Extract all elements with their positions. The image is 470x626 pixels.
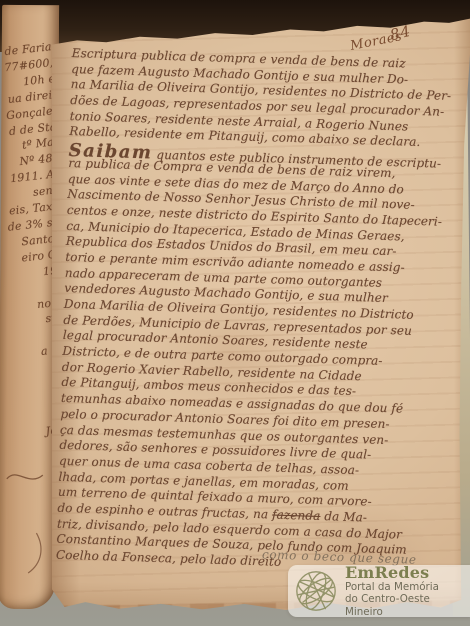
struck-word: fazenda <box>272 507 321 523</box>
signature-flourish <box>2 467 49 577</box>
manuscript-page: 84 Moraes Escriptura publica de compra e… <box>52 12 470 616</box>
globe-network-icon <box>293 568 339 614</box>
line-text: da Ma- <box>320 509 367 524</box>
emredes-watermark: EmRedes Portal da Memória do Centro-Oest… <box>288 565 470 617</box>
watermark-text: EmRedes Portal da Memória do Centro-Oest… <box>345 564 470 619</box>
previous-page-edge: de Faria is 77#600, 10h e ua direit Gonç… <box>0 5 59 609</box>
deed-text: Escriptura publica de compra e venda de … <box>56 46 464 576</box>
watermark-subtitle-2: do Centro-Oeste Mineiro <box>345 593 470 618</box>
scanned-manuscript-photo: de Faria is 77#600, 10h e ua direit Gonç… <box>0 0 470 626</box>
watermark-subtitle-1: Portal da Memória <box>345 581 470 594</box>
watermark-title: EmRedes <box>345 564 470 581</box>
